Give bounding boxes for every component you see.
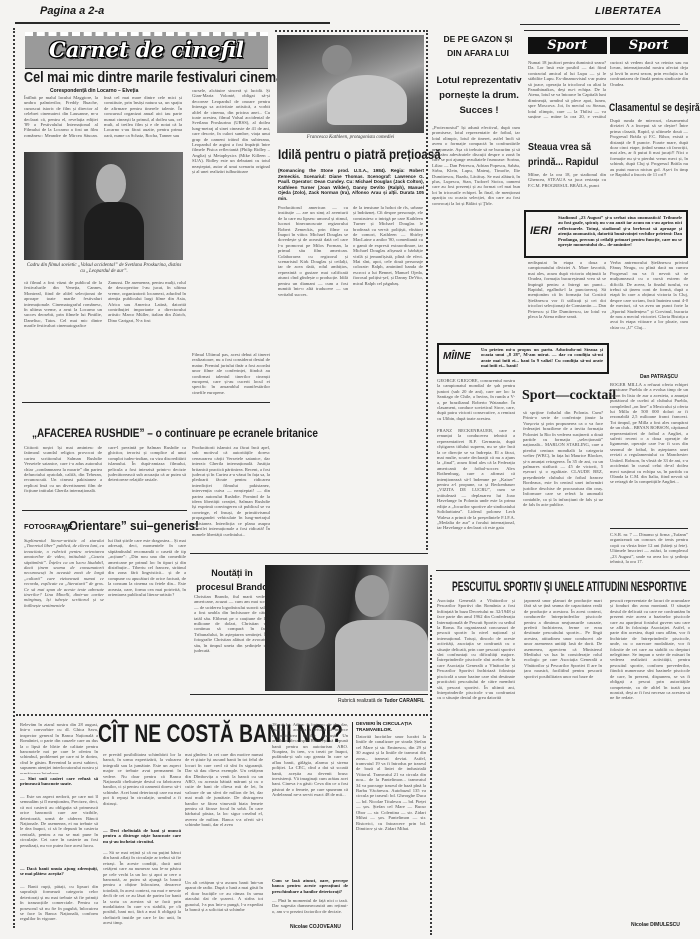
sport-top-rule bbox=[524, 30, 688, 31]
idila-photo-caption: Francesca Kathleen, protagonista comedie… bbox=[277, 135, 424, 141]
sport-intro2: curiozi să vedem dacă va reintra sau nu … bbox=[610, 60, 688, 100]
gazon-headline-line3: Succes ! bbox=[434, 103, 524, 118]
cojoveanu-byline: Nicolae COJOVEANU bbox=[290, 924, 341, 930]
banii-q1: — Sînt unii casieri care refuză să prime… bbox=[20, 776, 98, 792]
rushdie-headline: „AFACEREA RUSHDIE” – o continuare pe ecr… bbox=[32, 428, 318, 440]
fotograme-headline: „Orientare” sui–generis! bbox=[63, 518, 199, 533]
banii-col3b: Un alt cetățean și-a ascuns banii într-u… bbox=[185, 880, 263, 934]
pescuit-col3: pescuit reprezentate de lacuri de acumul… bbox=[610, 598, 690, 918]
brando-photo bbox=[265, 565, 428, 691]
pescuit-col1: Asociația Generală a Vînătorilor și Pesc… bbox=[437, 598, 515, 928]
devieri-right-border bbox=[430, 575, 432, 935]
banii-col2b: — Să se mai rețină și că nu puțini bănci… bbox=[103, 850, 181, 934]
sport-banner-left: Sport bbox=[528, 37, 607, 54]
pescuit-top-rule bbox=[436, 570, 690, 571]
pescuit-headline: PESCUITUL SPORTIV ȘI UNELE ATITUDINI NES… bbox=[452, 578, 687, 594]
steaua-body: Mîine, de la ora 18, pe stadionul din Gh… bbox=[528, 172, 606, 197]
sport-lower-col1: nedisputat în etapa a doua a campionatul… bbox=[528, 260, 606, 335]
patrascu-byline: Dan PATRAȘCU bbox=[640, 374, 678, 380]
header-rule-right bbox=[520, 24, 680, 25]
clasament-headline: Clasamentul se deșiră ! bbox=[609, 102, 700, 114]
banii-col4b: — Pînă în momentul de față nici o taxă. … bbox=[272, 898, 348, 920]
banii-col4: 28 mii lei. Atît ar fi fost, nu ale ale,… bbox=[272, 722, 348, 877]
mine-label: MÎINE bbox=[443, 351, 471, 362]
credit-prefix: Rubrică realizată de bbox=[338, 698, 382, 704]
banii-top-border bbox=[16, 714, 428, 716]
rushdie-col2: care-l prezintă pe Salman Rushdie ca ghi… bbox=[108, 445, 186, 507]
newspaper-name: LIBERTATEA bbox=[595, 6, 662, 17]
milla-body: ROGER MILLA a refuzat oferta echipei mex… bbox=[610, 382, 688, 522]
fotograme-top-rule bbox=[22, 510, 187, 511]
beckenbauer-body: FRANZ BECKENBAUER, care a renunțat la co… bbox=[437, 428, 515, 568]
brando-headline: Noutăți în procesul Brando bbox=[192, 566, 272, 594]
brando-top-rule bbox=[190, 553, 428, 554]
banii-devieri-divider bbox=[352, 722, 353, 930]
photo-man-left bbox=[280, 605, 325, 650]
idila-photo bbox=[277, 35, 424, 133]
cinefil-col3: cursele, alcătuire sinceră și lucidă. Și… bbox=[192, 88, 270, 350]
idila-headline: Idilă pentru o piatră prețioasă bbox=[278, 146, 441, 162]
banii-col2: re prevăd posibilitatea schimbării lor l… bbox=[103, 752, 181, 827]
devieri-body: Datorită lucrărilor unor lucrări la lini… bbox=[356, 734, 426, 929]
clasament-body: După runda de miercuri, clasamentul divi… bbox=[610, 118, 688, 183]
cinefil-lower-col1: că filmul a fost văzut de publicul de la… bbox=[24, 280, 102, 398]
photo-torso bbox=[84, 202, 144, 260]
steaua-headline: Steaua vrea să prindă... Rapidul bbox=[528, 140, 609, 170]
photo-face bbox=[96, 164, 126, 204]
cinefil-col1: Întîlnit pe malul lacului Maggiore, la u… bbox=[24, 95, 98, 139]
banii-col3: mai gîndesc la cei care din motive numai… bbox=[185, 752, 263, 877]
cocktail-headline: Sport—cocktail bbox=[522, 388, 616, 404]
cinefil-photo bbox=[24, 152, 183, 260]
grigore-body: GEORGE GRIGORE, concurentul nostru la ca… bbox=[437, 378, 515, 426]
cinefil-byline: Corespondență din Locarno – Elveția bbox=[50, 88, 138, 94]
idila-credits: (Romancing the Stone prod. U.S.A., 1984)… bbox=[278, 168, 424, 202]
gazon-headline: Lotul reprezentativ pornește la drum. Su… bbox=[434, 73, 524, 118]
idila-col2: de la tensiune la hohot de rîs, urbane ș… bbox=[353, 205, 423, 520]
rushdie-col1: Cititorii noștri își mai amintesc de fat… bbox=[24, 445, 102, 507]
credit-author: Tudor CARANFIL bbox=[384, 698, 425, 704]
banii-q2: — Dacă banii unuia ajung zdrențuiți, se … bbox=[20, 866, 98, 882]
devieri-headline: DEVIERI ÎN CIRCULAȚIA TRAMVAIELOR. bbox=[356, 722, 426, 733]
cinefil-col2: însă cel mai mare dintre cele mici și co… bbox=[104, 95, 182, 139]
cinefil-lower-col2: Zanussi. De asemenea, pentru mulți, rolu… bbox=[108, 280, 186, 398]
sport-lower-col2: Verba antrenorului Ștefănescu privind Fă… bbox=[610, 260, 688, 380]
sport-intro: Numai 18 jucători pentru duminică seara?… bbox=[528, 60, 606, 120]
idila-right-border bbox=[426, 30, 428, 550]
brando-bottom-rule bbox=[190, 694, 428, 695]
banii-col1b: — Este un aspect nedorit, pe care noi îl… bbox=[20, 794, 98, 864]
gazon-kicker-line1: DE PE GAZON ȘI bbox=[438, 32, 518, 46]
cinefil-lower-col3: Filmul Ultimul pas, acest debut al tiner… bbox=[192, 352, 270, 398]
gazon-headline-line1: Lotul reprezentativ bbox=[434, 73, 524, 88]
idila-col1: Producătorul american — cu instituție — … bbox=[278, 205, 348, 520]
csr-body: C.S.R. nr. 7 — Dinamo și firma „Tufann” … bbox=[610, 532, 688, 568]
mine-body: Un prieten mi-a propus un pariu. Aducînd… bbox=[481, 347, 603, 369]
idila-top-border bbox=[275, 30, 425, 32]
photo-man-right bbox=[355, 575, 389, 617]
fotograme-col1: Suplimentul literar-artistic al ziarului… bbox=[24, 538, 104, 723]
banii-q3: — Deci cheltuială de bani și muncă pentr… bbox=[103, 828, 181, 848]
pescuit-col2: japoneză unor planuri de producție mari … bbox=[524, 598, 602, 928]
cocktail-body: să sprijine fotbalul din Polonia. Cum? P… bbox=[523, 410, 603, 568]
banii-q4: Cum se lasă atunci, oare, percepe banca … bbox=[272, 878, 348, 898]
brando-body: Christian Brando, fiul marii vedete amer… bbox=[194, 594, 268, 689]
header-rule bbox=[15, 22, 330, 24]
photo-figure bbox=[322, 45, 352, 75]
rushdie-col3: Producătorii islamici au făcut încă apel… bbox=[192, 445, 270, 545]
gazon-kicker-line2: DIN AFARA LUI bbox=[438, 46, 518, 60]
dimulescu-byline: Nicolae DIMULESCU bbox=[631, 922, 680, 928]
csr-rule bbox=[610, 528, 688, 529]
ieri-box: IERI Stadionul „23 August” și-a serbat z… bbox=[524, 210, 688, 258]
ieri-body: Stadionul „23 August” și-a serbat ziua o… bbox=[558, 215, 682, 253]
fotograme-col2: lui fără știrile care este dragostea... … bbox=[108, 538, 186, 723]
photo-suit bbox=[335, 620, 428, 691]
sport-banner: Sport Sport bbox=[528, 37, 688, 54]
page-number: Pagina a 2-a bbox=[40, 5, 104, 17]
gazon-body: „Proiecnostul” își adună efectivul, după… bbox=[432, 125, 520, 340]
cinefil-photo-caption: Cadru din filmul sovietic „Valsul accide… bbox=[24, 263, 184, 275]
banii-col1c: — Banii rupți, pătați, cu lipsuri din su… bbox=[20, 884, 98, 934]
rushdie-top-rule bbox=[22, 402, 270, 403]
left-border bbox=[13, 28, 15, 928]
cinefil-banner: Carnet de cinefil bbox=[25, 32, 268, 69]
ieri-label: IERI bbox=[530, 225, 551, 237]
gazon-headline-line2: pornește la drum. bbox=[434, 88, 524, 103]
mine-box: MÎINE Un prieten mi-a propus un pariu. A… bbox=[437, 343, 609, 374]
brando-credit: Rubrică realizată de Tudor CARANFIL bbox=[338, 698, 425, 704]
sport-banner-right: Sport bbox=[610, 37, 689, 54]
gazon-kicker: DE PE GAZON ȘI DIN AFARA LUI bbox=[438, 32, 518, 60]
photo-dress bbox=[327, 75, 407, 125]
banii-col1: Relevăm în ziarul nostru din 28 august, … bbox=[20, 722, 98, 774]
cinefil-banner-title: Carnet de cinefil bbox=[25, 36, 268, 64]
